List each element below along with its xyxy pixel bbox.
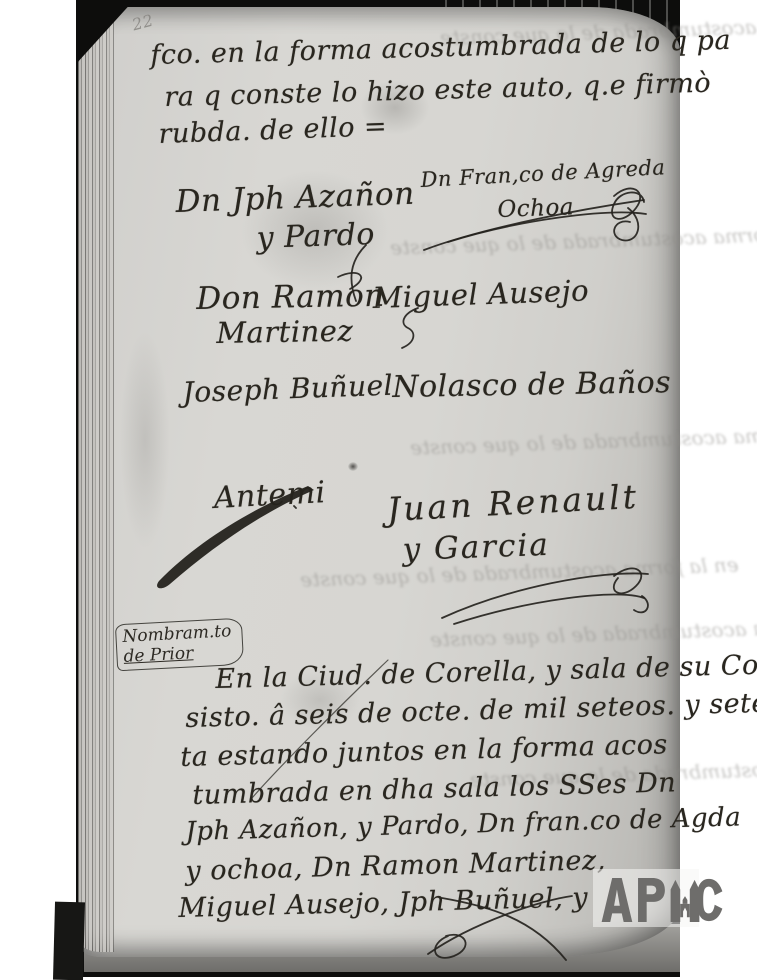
paraph-ausejo (396, 306, 422, 350)
bottom-left-shadow-bar (53, 902, 85, 980)
scanned-manuscript-photo: en la forma acostumbrada de lo que const… (0, 0, 757, 980)
signature-ramon-martinez: Martinez (216, 314, 353, 350)
signature-banos: Nolasco de Baños (392, 365, 671, 405)
aphc-watermark (599, 877, 725, 923)
notary-flourish (148, 486, 318, 598)
bottom-rubric-flourish (424, 892, 576, 966)
book-page-edges (78, 10, 114, 952)
rubric-flourish-garcia (438, 548, 653, 626)
signature-ramon: Don Ramon (196, 278, 385, 317)
rubric-flourish-ochoa (418, 178, 650, 258)
